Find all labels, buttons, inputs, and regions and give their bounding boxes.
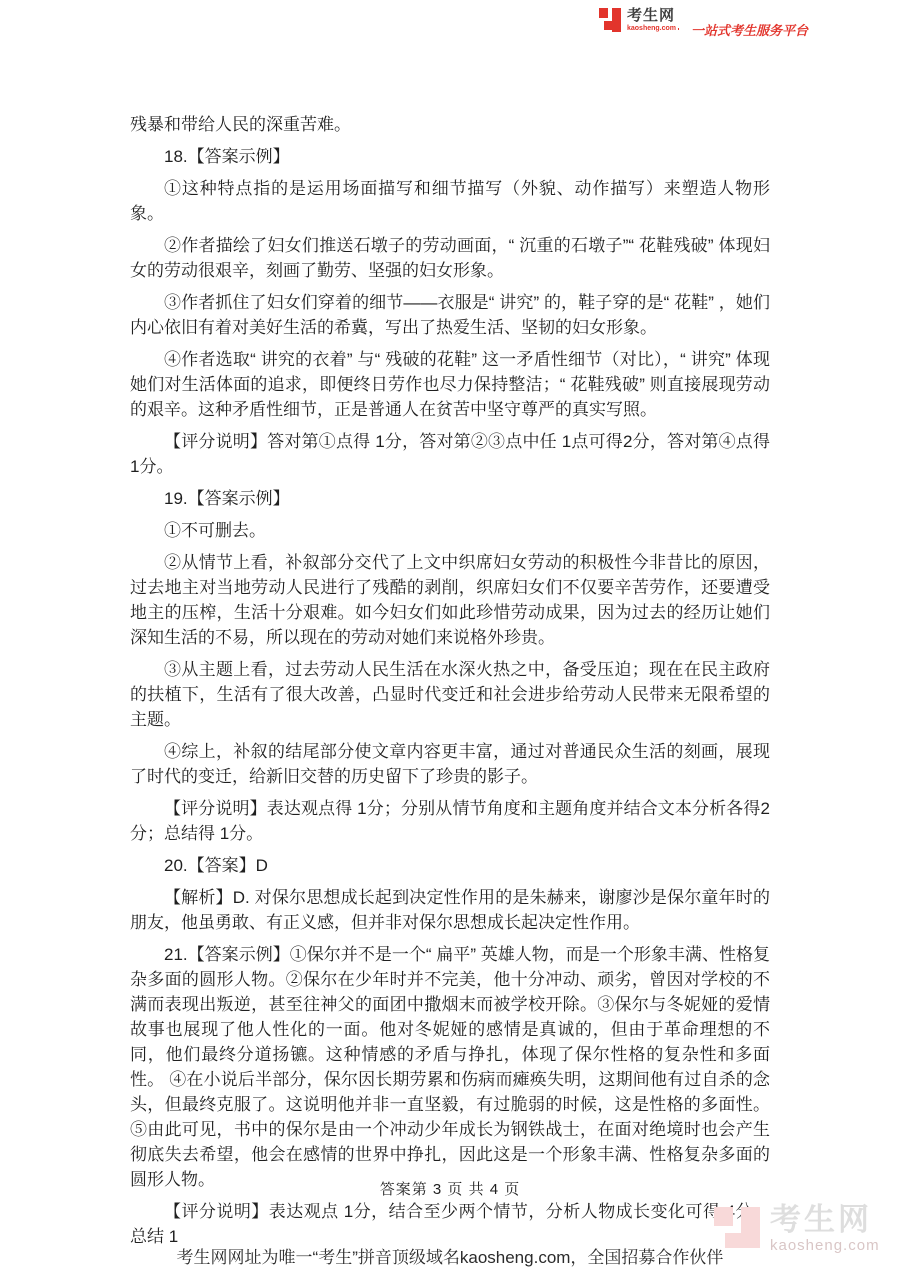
- header-brand: 考生网 kaosheng.com 一站式考生服务平台: [599, 8, 808, 39]
- logo-block: [612, 8, 621, 32]
- answer-paragraphs: 残暴和带给人民的深重苦难。18.【答案示例】①这种特点指的是运用场面描写和细节描…: [130, 112, 770, 1249]
- logo-block: [604, 21, 613, 30]
- answer-paragraph: 21.【答案示例】①保尔并不是一个“ 扁平” 英雄人物，而是一个形象丰满、性格复…: [130, 942, 770, 1192]
- answer-paragraph: 残暴和带给人民的深重苦难。: [130, 112, 770, 137]
- logo-block: [599, 8, 608, 18]
- answer-paragraph: 19.【答案示例】: [130, 486, 770, 511]
- brand-text-group: 考生网 kaosheng.com: [627, 8, 679, 32]
- answer-paragraph: ③从主题上看，过去劳动人民生活在水深火热之中，备受压迫；现在在民主政府的扶植下，…: [130, 657, 770, 732]
- answer-paragraph: 18.【答案示例】: [130, 144, 770, 169]
- kaosheng-logo-icon: [599, 8, 622, 35]
- answer-paragraph: 【评分说明】表达观点得 1分；分别从情节角度和主题角度并结合文本分析各得2分；总…: [130, 796, 770, 846]
- answer-paragraph: ②作者描绘了妇女们推送石墩子的劳动画面，“ 沉重的石墩子”“ 花鞋残破” 体现妇…: [130, 233, 770, 283]
- brand-sub: kaosheng.com: [627, 25, 679, 32]
- footer-promo: 考生网网址为唯一“考生”拼音顶级域名kaosheng.com，全国招募合作伙伴: [0, 1243, 900, 1268]
- answer-paragraph: ④综上，补叙的结尾部分使文章内容更丰富，通过对普通民众生活的刻画，展现了时代的变…: [130, 739, 770, 789]
- watermark-brand: 考生网: [770, 1204, 880, 1236]
- answer-paragraph: 20.【答案】D: [130, 853, 770, 878]
- page-number: 答案第 3 页 共 4 页: [0, 1178, 900, 1199]
- answer-paragraph: ④作者选取“ 讲究的衣着” 与“ 残破的花鞋” 这一矛盾性细节（对比），“ 讲究…: [130, 347, 770, 422]
- answer-paragraph: 【评分说明】表达观点 1分，结合至少两个情节，分析人物成长变化可得 4分，总结 …: [130, 1199, 770, 1249]
- scanned-answer-page: { "header": { "brand": "考生网", "domain": …: [0, 0, 900, 1273]
- brand-name: 考生网: [627, 8, 679, 24]
- answer-paragraph: ①不可删去。: [130, 518, 770, 543]
- answer-paragraph: 【评分说明】答对第①点得 1分，答对第②③点中任 1点可得2分，答对第④点得 1…: [130, 429, 770, 479]
- brand-domain: kaosheng.com: [627, 25, 676, 32]
- answer-paragraph: ①这种特点指的是运用场面描写和细节描写（外貌、动作描写）来塑造人物形象。: [130, 176, 770, 226]
- brand-tagline: 一站式考生服务平台: [691, 20, 808, 39]
- answer-paragraph: ③作者抓住了妇女们穿着的细节——衣服是“ 讲究” 的，鞋子穿的是“ 花鞋” ，她…: [130, 290, 770, 340]
- answer-paragraph: ②从情节上看，补叙部分交代了上文中织席妇女劳动的积极性今非昔比的原因，过去地主对…: [130, 550, 770, 650]
- brand-rule: [678, 28, 679, 30]
- answer-paragraph: 【解析】D. 对保尔思想成长起到决定性作用的是朱赫来，谢廖沙是保尔童年时的朋友，…: [130, 885, 770, 935]
